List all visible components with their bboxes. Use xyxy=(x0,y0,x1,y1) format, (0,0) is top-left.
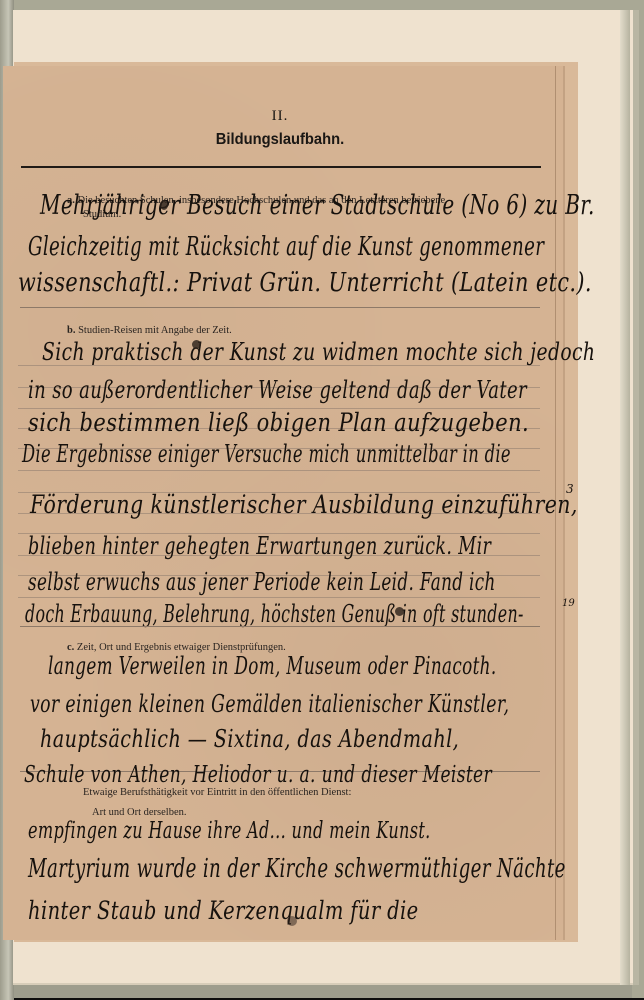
cover-edge xyxy=(620,10,630,985)
handwriting-d-line3: Martyrium wurde in der Kirche schwermüth… xyxy=(28,854,566,884)
cover-bottom-edge xyxy=(14,985,632,998)
ink-blot xyxy=(160,200,168,210)
handwriting-b-line2: in so außerordentlicher Weise geltend da… xyxy=(28,376,527,404)
ruled-line xyxy=(18,597,540,598)
handwriting-b-line5: Förderung künstlerischer Ausbildung einz… xyxy=(30,490,578,519)
handwriting-d-line1: Schule von Athen, Heliodor u. a. und die… xyxy=(24,762,492,788)
handwriting-b-line8: doch Erbauung, Belehrung, höchsten Genuß… xyxy=(25,600,524,628)
handwriting-b-line4: Die Ergebnisse einiger Versuche mich unm… xyxy=(22,440,511,468)
field-d-label-cont: Art und Ort derselben. xyxy=(92,807,186,818)
handwriting-a-line1: Mehrjähriger Besuch einer Stadtschule (N… xyxy=(40,190,595,221)
handwriting-c-line1: langem Verweilen in Dom, Museum oder Pin… xyxy=(48,652,497,680)
section-title: Bildungslaufbahn. xyxy=(22,131,537,149)
handwriting-a-line3: wissenschaftl.: Privat Grün. Unterricht … xyxy=(18,268,592,298)
field-d-label: Etwaige Berufsthätigkeit vor Eintritt in… xyxy=(83,787,351,798)
ink-blot xyxy=(395,607,404,616)
margin-note: 3 xyxy=(566,482,574,496)
ink-blot xyxy=(287,916,297,926)
handwriting-b-line6: blieben hinter gehegten Erwartungen zurü… xyxy=(28,532,491,560)
handwriting-c-line2: vor einigen kleinen Gemälden italienisch… xyxy=(30,690,509,718)
ruled-line xyxy=(18,470,540,471)
field-b-label: b. Studien-Reisen mit Angabe der Zeit. xyxy=(67,325,232,336)
handwriting-a-line2: Gleichzeitig mit Rücksicht auf die Kunst… xyxy=(28,232,544,262)
ink-blot xyxy=(192,340,201,349)
handwriting-d-line2: empfingen zu Hause ihre Ad... und mein K… xyxy=(28,818,431,844)
field-b-letter: b. xyxy=(67,325,75,336)
handwriting-d-line4: hinter Staub und Kerzenqualm für die xyxy=(28,896,419,925)
handwriting-b-line3: sich bestimmen ließ obigen Plan aufzugeb… xyxy=(28,408,529,437)
handwriting-c-line3: hauptsächlich — Sixtina, das Abendmahl, xyxy=(40,725,459,753)
field-b-text: Studien-Reisen mit Angabe der Zeit. xyxy=(78,325,232,336)
field-a-rule xyxy=(20,307,540,308)
field-b-rule xyxy=(20,626,540,627)
margin-note: 19 xyxy=(562,598,575,609)
handwriting-b-line1: Sich praktisch der Kunst zu widmen mocht… xyxy=(42,338,595,366)
section-number: II. xyxy=(0,108,560,125)
title-rule xyxy=(21,166,541,168)
handwriting-b-line7: selbst erwuchs aus jener Periode kein Le… xyxy=(28,568,496,596)
